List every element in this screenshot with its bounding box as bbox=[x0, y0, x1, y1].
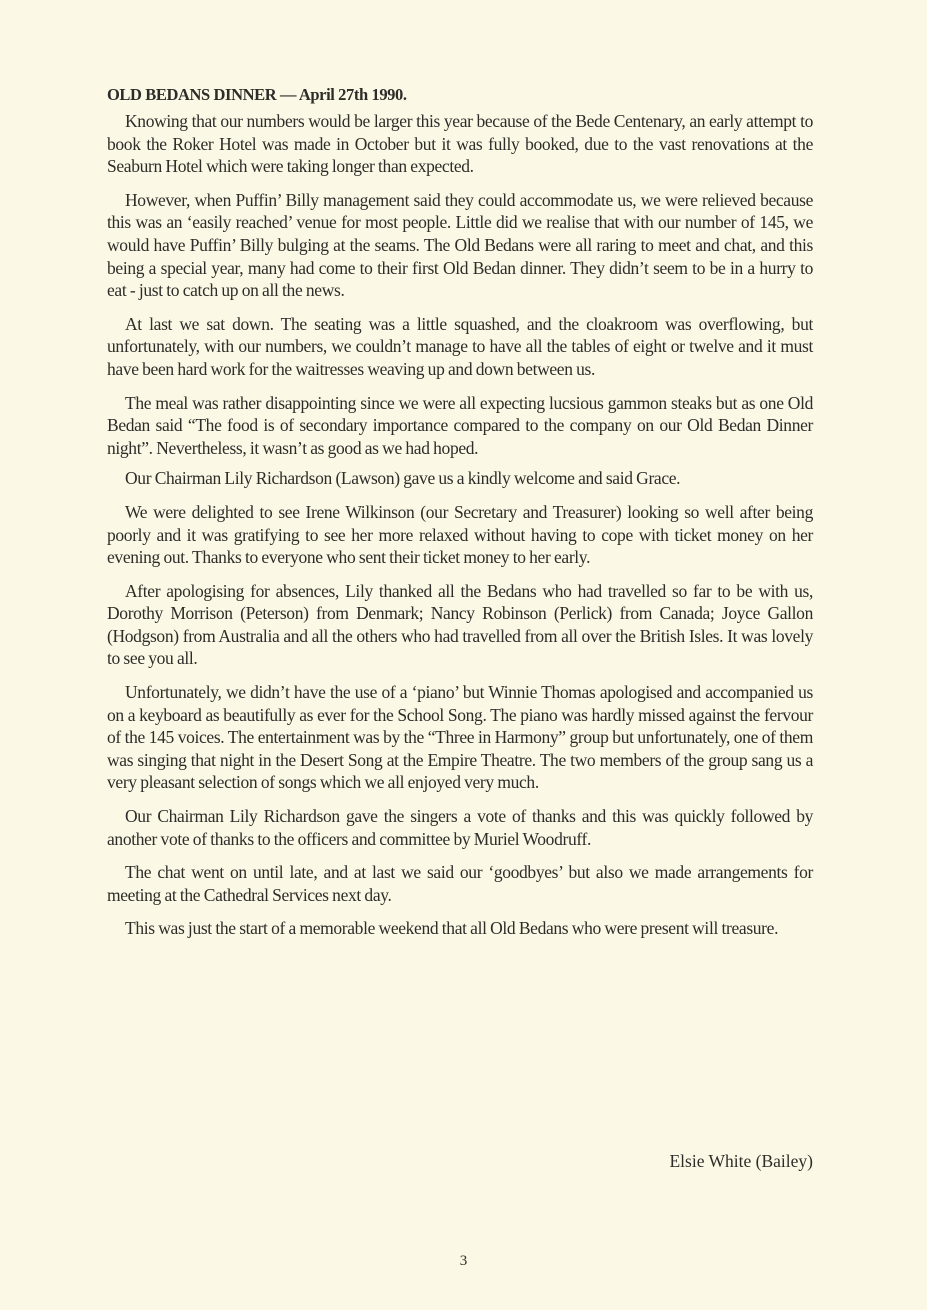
page-number: 3 bbox=[0, 1253, 927, 1270]
paragraph-venue: However, when Puffin’ Billy management s… bbox=[107, 189, 813, 302]
article: OLD BEDANS DINNER — April 27th 1990. Kno… bbox=[107, 84, 813, 951]
article-heading: OLD BEDANS DINNER — April 27th 1990. bbox=[107, 84, 813, 106]
paragraph-closing: This was just the start of a memorable w… bbox=[107, 917, 813, 940]
paragraph-entertainment: Unfortunately, we didn’t have the use of… bbox=[107, 681, 813, 794]
paragraph-meal: The meal was rather disappointing since … bbox=[107, 392, 813, 460]
paragraph-welcome: Our Chairman Lily Richardson (Lawson) ga… bbox=[107, 467, 813, 490]
paragraph-booking: Knowing that our numbers would be larger… bbox=[107, 110, 813, 178]
paragraph-thanks: Our Chairman Lily Richardson gave the si… bbox=[107, 805, 813, 850]
author-signature: Elsie White (Bailey) bbox=[669, 1151, 813, 1172]
paragraph-travellers: After apologising for absences, Lily tha… bbox=[107, 580, 813, 670]
paragraph-secretary: We were delighted to see Irene Wilkinson… bbox=[107, 501, 813, 569]
paragraph-goodbyes: The chat went on until late, and at last… bbox=[107, 861, 813, 906]
paragraph-seating: At last we sat down. The seating was a l… bbox=[107, 313, 813, 381]
